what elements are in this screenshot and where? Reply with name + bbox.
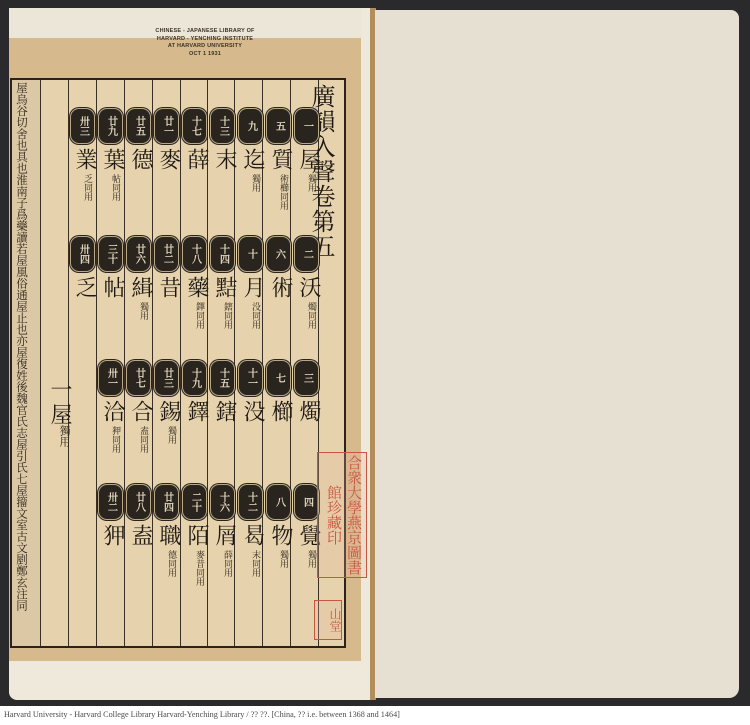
rhyme-number-badge: 三十 (98, 236, 123, 272)
rhyme-character: 燭 (293, 400, 324, 425)
margin-entry-note: 獨用 (56, 425, 72, 447)
rhyme-character: 櫛 (265, 400, 296, 425)
rhyme-character: 末 (209, 148, 240, 173)
rhyme-character: 乏 (69, 276, 100, 301)
rhyme-number-badge: 廿四 (154, 484, 179, 520)
rhyme-character: 狎 (97, 524, 128, 549)
rhyme-number-badge: 十四 (210, 236, 235, 272)
column-divider (40, 80, 41, 646)
rhyme-number-badge: 七 (266, 360, 291, 396)
rhyme-number-badge: 十六 (210, 484, 235, 520)
rhyme-number-badge: 卅三 (70, 108, 95, 144)
rhyme-number-badge: 廿五 (126, 108, 151, 144)
rhyme-character: 没 (237, 400, 268, 425)
rhyme-character: 黠 (209, 276, 240, 301)
rhyme-number-badge: 二十 (182, 484, 207, 520)
rhyme-number-badge: 廿三 (154, 360, 179, 396)
small-seal: 山堂 (314, 600, 342, 640)
rhyme-character: 昔 (153, 276, 184, 301)
rhyme-usage-note: 術櫛同用 (278, 174, 288, 210)
rhyme-usage-note: 獨用 (306, 174, 316, 192)
rhyme-usage-note: 末同用 (250, 550, 260, 577)
rhyme-usage-note: 狎同用 (110, 426, 120, 453)
rhyme-usage-note: 麥昔同用 (194, 550, 204, 586)
rhyme-number-badge: 廿八 (126, 484, 151, 520)
rhyme-number-badge: 廿七 (126, 360, 151, 396)
rhyme-usage-note: 獨用 (278, 550, 288, 568)
rhyme-number-badge: 八 (266, 484, 291, 520)
rhyme-character: 質 (265, 148, 296, 173)
rhyme-number-badge: 十九 (182, 360, 207, 396)
library-acquisition-stamp: CHINESE - JAPANESE LIBRARY OF HARVARD - … (140, 28, 270, 58)
rhyme-usage-note: 没同用 (250, 302, 260, 329)
rhyme-number-badge: 廿一 (154, 108, 179, 144)
stamp-line-1: CHINESE - JAPANESE LIBRARY OF (140, 28, 270, 36)
margin-entry-main: 一屋 (44, 378, 75, 428)
rhyme-character: 葉 (97, 148, 128, 173)
rhyme-character: 錫 (153, 400, 184, 425)
rhyme-number-badge: 卅四 (70, 236, 95, 272)
rhyme-character: 薛 (181, 148, 212, 173)
rhyme-number-badge: 二 (294, 236, 319, 272)
rhyme-usage-note: 獨用 (250, 174, 260, 192)
rhyme-character: 曷 (237, 524, 268, 549)
rhyme-number-badge: 三 (294, 360, 319, 396)
rhyme-number-badge: 九 (238, 108, 263, 144)
notes-column-text: 屋烏谷切舍也具也淮南子爲藥讀若屋風俗通屋止也亦屋復姓後魏官氏志屋引氏七屋籀文室古… (16, 82, 28, 642)
rhyme-character: 合 (125, 400, 156, 425)
rhyme-number-badge: 十一 (238, 360, 263, 396)
rhyme-character: 洽 (97, 400, 128, 425)
rhyme-number-badge: 廿二 (154, 236, 179, 272)
rhyme-number-badge: 六 (266, 236, 291, 272)
rhyme-character: 盍 (125, 524, 156, 549)
rhyme-usage-note: 燭同用 (306, 302, 316, 329)
rhyme-usage-note: 獨用 (306, 550, 316, 568)
rhyme-usage-note: 帖同用 (110, 174, 120, 201)
rhyme-number-badge: 一 (294, 108, 319, 144)
rhyme-usage-note: 鐸同用 (194, 302, 204, 329)
rhyme-number-badge: 十八 (182, 236, 207, 272)
rhyme-usage-note: 獨用 (138, 302, 148, 320)
stamp-line-3: AT HARVARD UNIVERSITY (140, 43, 270, 51)
rhyme-character: 屋 (293, 148, 324, 173)
rhyme-number-badge: 五 (266, 108, 291, 144)
stamp-line-2: HARVARD - YENCHING INSTITUTE (140, 36, 270, 44)
collector-seal: 合衆大學燕京圖書館珍藏印 (317, 452, 367, 578)
rhyme-character: 鐸 (181, 400, 212, 425)
rhyme-character: 鎋 (209, 400, 240, 425)
rhyme-character: 帖 (97, 276, 128, 301)
rhyme-usage-note: 盍同用 (138, 426, 148, 453)
rhyme-number-badge: 十五 (210, 360, 235, 396)
rhyme-character: 陌 (181, 524, 212, 549)
rhyme-character: 藥 (181, 276, 212, 301)
rhyme-character: 德 (125, 148, 156, 173)
rhyme-number-badge: 十二 (238, 484, 263, 520)
rhyme-usage-note: 乏同用 (82, 174, 92, 201)
rhyme-number-badge: 十 (238, 236, 263, 272)
rhyme-number-badge: 卅二 (98, 484, 123, 520)
rhyme-number-badge: 廿六 (126, 236, 151, 272)
rhyme-number-badge: 卅一 (98, 360, 123, 396)
rhyme-number-badge: 十三 (210, 108, 235, 144)
rhyme-character: 業 (69, 148, 100, 173)
rhyme-usage-note: 德同用 (166, 550, 176, 577)
rhyme-character: 麥 (153, 148, 184, 173)
rhyme-usage-note: 獨用 (166, 426, 176, 444)
rhyme-character: 物 (265, 524, 296, 549)
image-caption: Harvard University - Harvard College Lib… (4, 710, 746, 719)
rhyme-character: 月 (237, 276, 268, 301)
rhyme-character: 緝 (125, 276, 156, 301)
rhyme-number-badge: 十七 (182, 108, 207, 144)
rhyme-character: 屑 (209, 524, 240, 549)
rhyme-character: 術 (265, 276, 296, 301)
rhyme-character: 沃 (293, 276, 324, 301)
rhyme-usage-note: 薛同用 (222, 550, 232, 577)
right-page-blank (375, 10, 739, 698)
rhyme-number-badge: 廿九 (98, 108, 123, 144)
rhyme-number-badge: 四 (294, 484, 319, 520)
stamp-date: OCT 1 1931 (140, 51, 270, 59)
rhyme-character: 職 (153, 524, 184, 549)
rhyme-character: 迄 (237, 148, 268, 173)
rhyme-usage-note: 鎋同用 (222, 302, 232, 329)
